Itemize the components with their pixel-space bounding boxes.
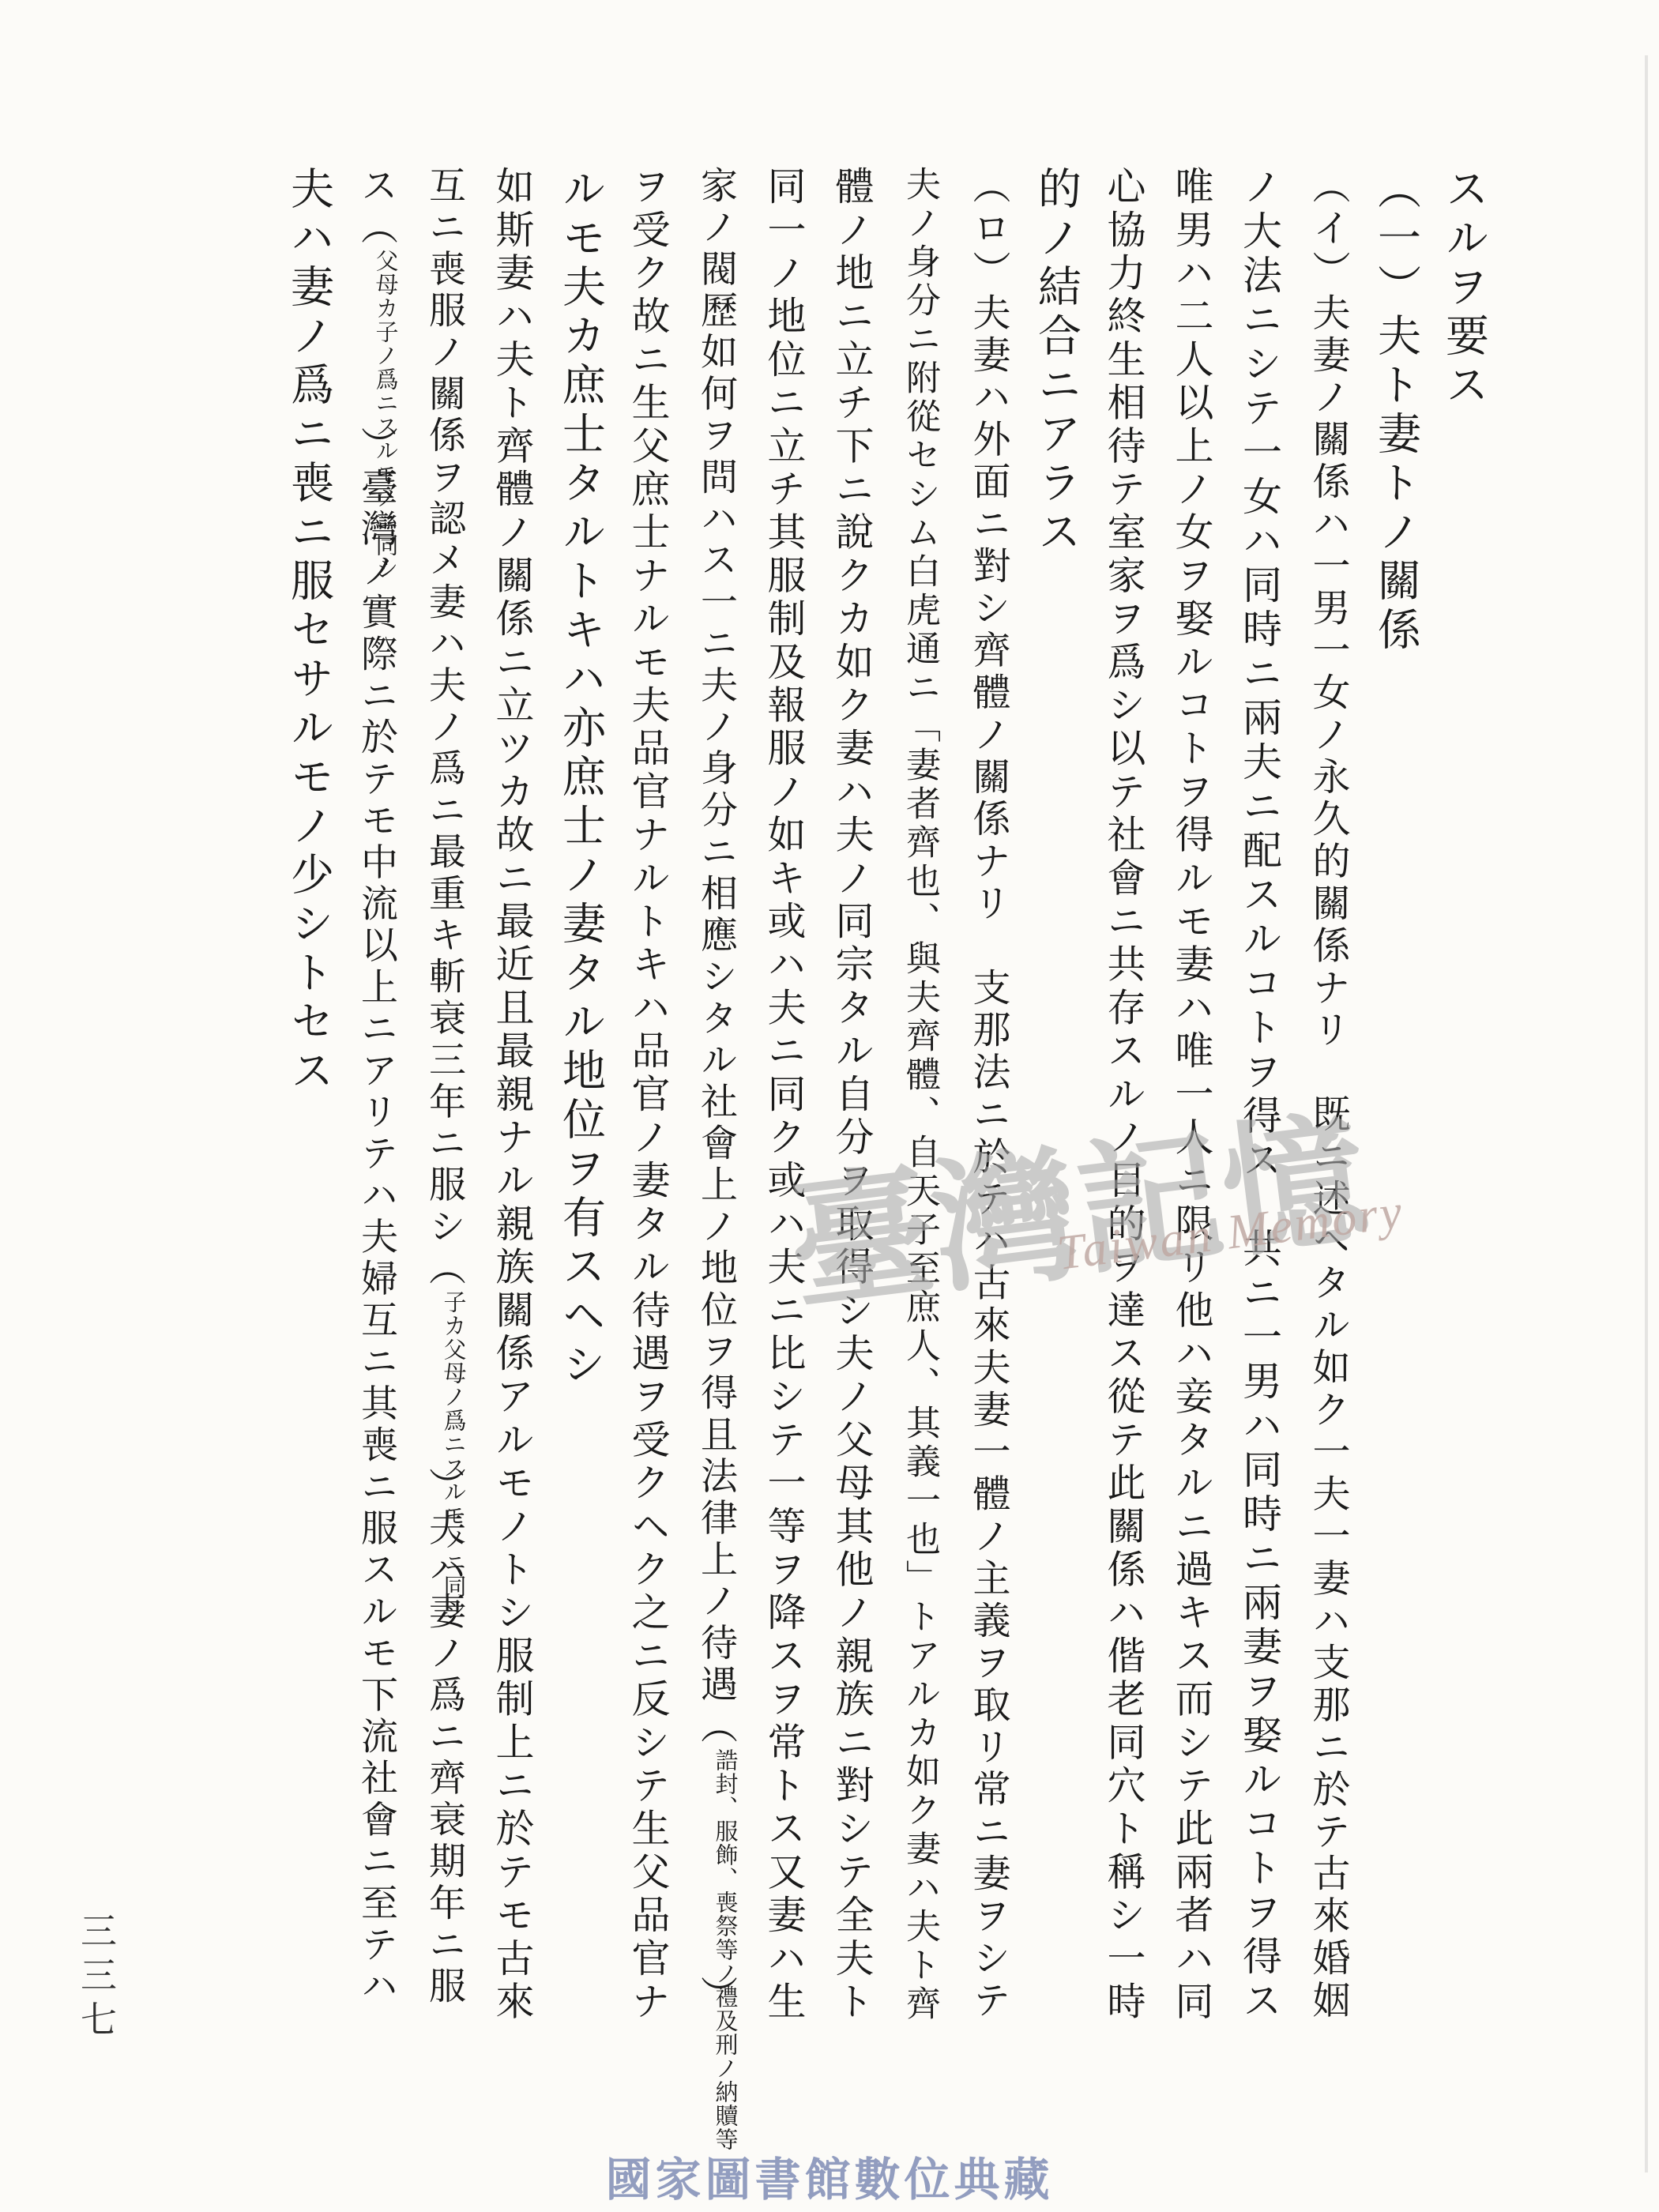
scanned-page: スルヲ要ス（一）夫ト妻トノ關係（イ）夫妻ノ關係ハ一男一女ノ永久的關係ナリ 既ニ述… (0, 0, 1659, 2212)
text-column-7: 的ノ結合ニアラス (1033, 166, 1078, 2022)
column-text: ） (695, 1976, 736, 2018)
inline-note: 誥封、服飾、喪祭等ノ禮及刑ノ納贖等 (712, 1748, 736, 1976)
text-column-13: ヲ受ク故ニ生父庶士ナルモ夫品官ナルトキハ品官ノ妻タル待遇ヲ受クヘク之ニ反シテ生父… (626, 166, 670, 2022)
text-column-10: 體ノ地ニ立チ下ニ說クカ如ク妻ハ夫ノ同宗タル自分ヲ取得シ夫ノ父母其他ノ親族ニ對シテ… (829, 166, 874, 2022)
text-column-12: 家ノ閥歷如何ヲ問ハス一ニ夫ノ身分ニ相應シタル社會上ノ地位ヲ得且法律上ノ待遇（誥封… (694, 166, 738, 2022)
column-text: 唯男ハ二人以上ノ女ヲ娶ルコトヲ得ルモ妻ハ唯一人ニ限リ他ハ妾タルニ過キス而シテ此兩… (1170, 166, 1213, 2024)
text-column-11: 同一ノ地位ニ立チ其服制及報服ノ如キ或ハ夫ニ同ク或ハ夫ニ比シテ一等ヲ降スヲ常トス又… (762, 166, 806, 2022)
column-text: （ロ）夫妻ハ外面ニ對シ齊體ノ關係ナリ 支那法ニ於テハ古來夫妻一體ノ主義ヲ取リ常ニ… (967, 166, 1009, 2022)
column-text: ス（ (355, 166, 397, 249)
column-text: ）臺灣ノ實際ニ於テモ中流以上ニアリテハ夫婦互ニ其喪ニ服スルモ下流社會ニ至テハ (355, 426, 397, 2008)
text-column-6: 心協力終生相待テ室家ヲ爲シ以テ社會ニ共存スルノ目的ヲ達ス從テ此關係ハ偕老同穴ト稱… (1101, 166, 1145, 2022)
text-column-15: 如斯妻ハ夫ト齊體ノ關係ニ立ツカ故ニ最近且最親ナル親族關係アルモノトシ服制上ニ於テ… (490, 166, 534, 2022)
text-column-18: 夫ハ妻ノ爲ニ喪ニ服セサルモノ少シトセス (286, 166, 330, 2022)
text-column-4: ノ大法ニシテ一女ハ同時ニ兩夫ニ配スルコトヲ得ス 共ニ一男ハ同時ニ兩妻ヲ娶ルコトヲ… (1237, 166, 1281, 2022)
text-column-5: 唯男ハ二人以上ノ女ヲ娶ルコトヲ得ルモ妻ハ唯一人ニ限リ他ハ妾タルニ過キス而シテ此兩… (1169, 166, 1213, 2022)
text-column-9: 夫ノ身分ニ附從セシム白虎通ニ「妻者齊也、與夫齊體、自天子至庶人、其義一也」トアル… (897, 166, 942, 2022)
inline-note: 父母カ子ノ爲ニスルモノニ同シ (372, 249, 397, 426)
column-text: 體ノ地ニ立チ下ニ說クカ如ク妻ハ夫ノ同宗タル自分ヲ取得シ夫ノ父母其他ノ親族ニ對シテ… (830, 166, 874, 2024)
text-column-17: ス（父母カ子ノ爲ニスルモノニ同シ）臺灣ノ實際ニ於テモ中流以上ニアリテハ夫婦互ニ其… (354, 166, 398, 2022)
column-text: 夫ハ妻ノ爲ニ喪ニ服セサルモノ少シトセス (284, 166, 333, 1097)
text-column-16: 互ニ喪服ノ關係ヲ認メ妻ハ夫ノ爲ニ最重キ斬衰三年ニ服シ（子カ父母ノ爲ニスルモノニ同… (422, 166, 466, 2022)
column-text: 心協力終生相待テ室家ヲ爲シ以テ社會ニ共存スルノ目的ヲ達ス從テ此關係ハ偕老同穴ト稱… (1102, 166, 1145, 2024)
column-text: 的ノ結合ニアラス (1032, 166, 1080, 558)
column-text: ノ大法ニシテ一女ハ同時ニ兩夫ニ配スルコトヲ得ス 共ニ一男ハ同時ニ兩妻ヲ娶ルコトヲ… (1237, 166, 1281, 2024)
text-column-14: ルモ夫カ庶士タルトキハ亦庶士ノ妻タル地位ヲ有スヘシ (558, 166, 602, 2022)
text-column-3: （イ）夫妻ノ關係ハ一男一女ノ永久的關係ナリ 既ニ述ヘタル如ク一夫一妻ハ支那ニ於テ… (1305, 166, 1349, 2022)
column-text: 夫ノ身分ニ附從セシム白虎通ニ「妻者齊也、與夫齊體、自天子至庶人、其義一也」トアル… (901, 166, 939, 2024)
column-text: ヲ受ク故ニ生父庶士ナルモ夫品官ナルトキハ品官ノ妻タル待遇ヲ受クヘク之ニ反シテ生父… (626, 166, 670, 2024)
text-columns: スルヲ要ス（一）夫ト妻トノ關係（イ）夫妻ノ關係ハ一男一女ノ永久的關係ナリ 既ニ述… (262, 166, 1485, 2022)
text-column-8: （ロ）夫妻ハ外面ニ對シ齊體ノ關係ナリ 支那法ニ於テハ古來夫妻一體ノ主義ヲ取リ常ニ… (965, 166, 1010, 2022)
text-column-1: スルヲ要ス (1441, 166, 1485, 2022)
column-text: ）夫ハ妻ノ爲ニ齊衰期年ニ服 (423, 1467, 465, 2008)
column-text: 互ニ喪服ノ關係ヲ認メ妻ハ夫ノ爲ニ最重キ斬衰三年ニ服シ（ (423, 166, 465, 1290)
column-text: ルモ夫カ庶士タルトキハ亦庶士ノ妻タル地位ヲ有スヘシ (556, 166, 604, 1390)
column-text: 家ノ閥歷如何ヲ問ハス一ニ夫ノ身分ニ相應シタル社會上ノ地位ヲ得且法律上ノ待遇（ (695, 166, 736, 1748)
inline-note: 子カ父母ノ爲ニスルモノニ同シ (440, 1290, 465, 1467)
column-text: （イ）夫妻ノ關係ハ一男一女ノ永久的關係ナリ 既ニ述ヘタル如ク一夫一妻ハ支那ニ於テ… (1307, 166, 1349, 2022)
column-text: 同一ノ地位ニ立チ其服制及報服ノ如キ或ハ夫ニ同ク或ハ夫ニ比シテ一等ヲ降スヲ常トス又… (762, 166, 806, 2024)
text-column-2: （一）夫ト妻トノ關係 (1373, 166, 1417, 2022)
column-text: 如斯妻ハ夫ト齊體ノ關係ニ立ツカ故ニ最近且最親ナル親族關係アルモノトシ服制上ニ於テ… (491, 166, 534, 2024)
library-caption: 國家圖書館數位典藏 (0, 2142, 1659, 2209)
column-text: （一）夫ト妻トノ關係 (1371, 166, 1420, 656)
column-text: スルヲ要ス (1439, 166, 1488, 411)
scan-edge-line (1645, 55, 1648, 2172)
page-number: 三三七 (70, 1912, 122, 2045)
